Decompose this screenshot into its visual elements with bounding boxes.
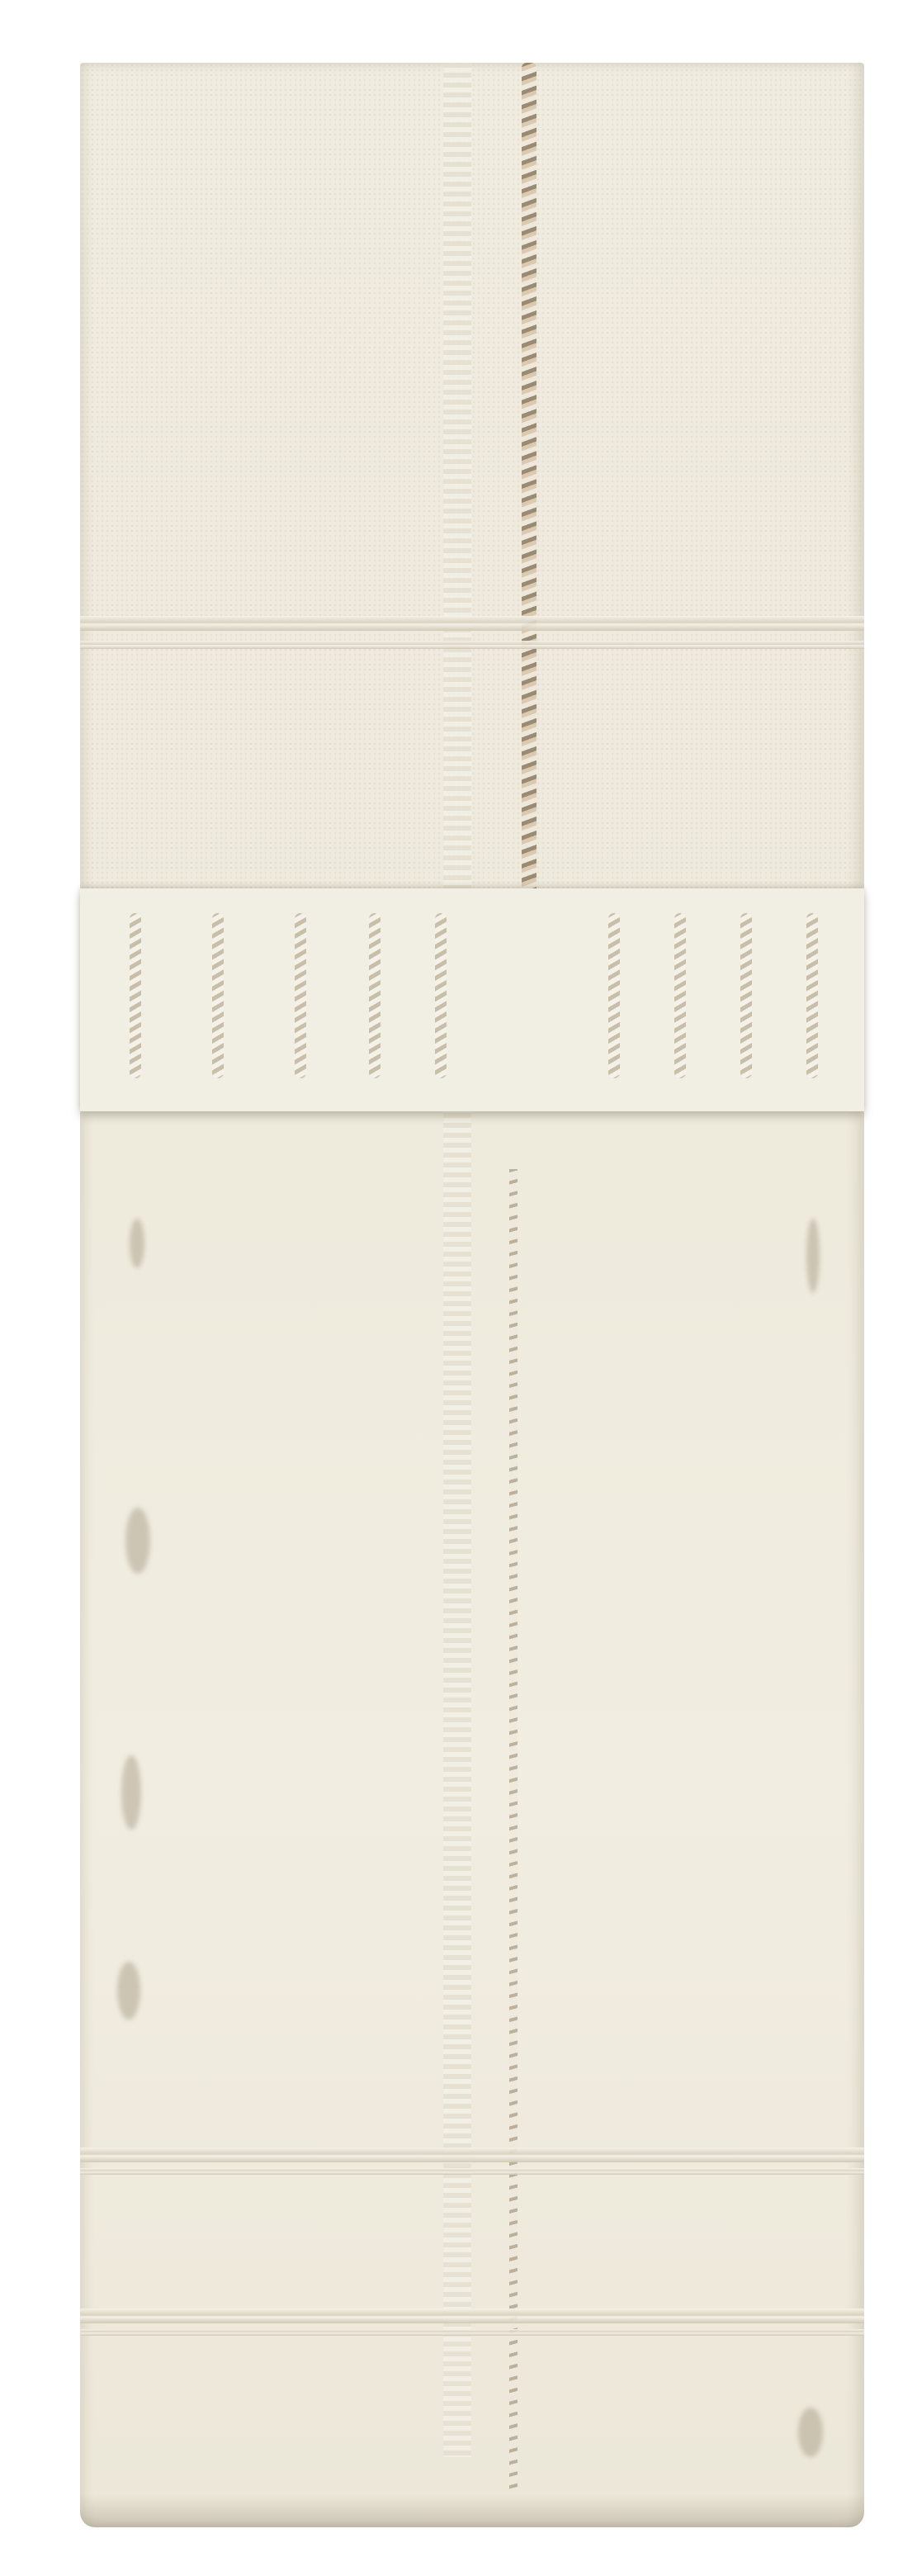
twisted-cord: [674, 913, 686, 1078]
canvas-weave-texture: [80, 63, 864, 954]
stain-mark: [130, 1219, 144, 1268]
twisted-cord: [740, 913, 752, 1078]
twisted-cord: [806, 913, 818, 1078]
stain-mark: [798, 2408, 823, 2457]
twisted-cord: [369, 913, 381, 1078]
twisted-cord: [608, 913, 620, 1078]
canvas-bottom-edge: [80, 2494, 864, 2527]
stain-mark: [121, 1755, 141, 1830]
wrapped-middle-band: [80, 888, 864, 1111]
stain-mark: [125, 1508, 150, 1574]
horizontal-binding-bottom: [80, 2308, 864, 2323]
brown-thread-seam-lower: [509, 1169, 518, 2490]
stain-mark: [806, 1219, 820, 1293]
horizontal-binding-bottom-2: [80, 2329, 864, 2336]
twisted-cord: [295, 913, 306, 1078]
twisted-cord: [212, 913, 224, 1078]
horizontal-binding-upper: [80, 616, 864, 631]
twisted-cord: [130, 913, 141, 1078]
horizontal-binding-upper-2: [80, 641, 864, 649]
twisted-cord: [435, 913, 447, 1078]
brown-thread-seam-upper: [522, 63, 536, 1004]
stain-mark: [117, 1962, 140, 2020]
canvas-artwork: [80, 63, 864, 2527]
horizontal-binding-lower: [80, 2147, 864, 2162]
horizontal-binding-lower-2: [80, 2168, 864, 2175]
vertical-stitched-seam: [443, 63, 471, 2457]
